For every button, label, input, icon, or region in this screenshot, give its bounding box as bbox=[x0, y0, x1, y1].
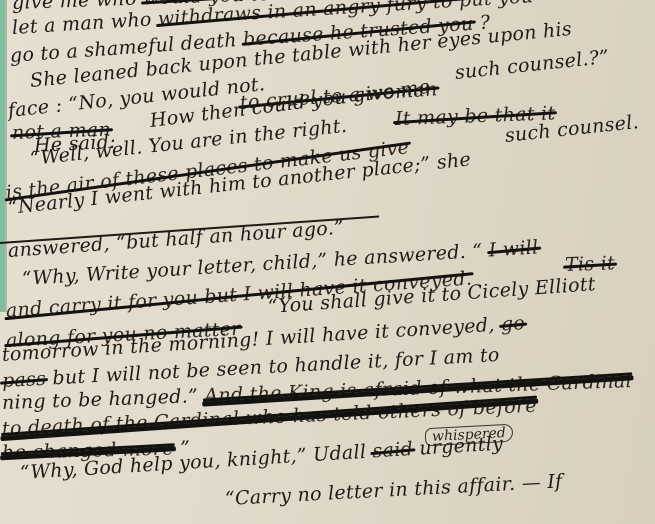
page-edge-shadow bbox=[5, 0, 7, 312]
manuscript-page: give me who would you tell me thus? let … bbox=[0, 0, 655, 524]
line-text-after: such counsel.?” bbox=[454, 46, 610, 84]
struck-text: pass bbox=[1, 368, 46, 392]
line-text: “Carry no letter in this affair. — If bbox=[224, 470, 563, 510]
struck-text: said bbox=[372, 438, 414, 462]
struck-text: I will bbox=[488, 236, 539, 261]
line-text-after: urgently bbox=[419, 432, 504, 459]
manuscript-line-5-after: such counsel.?” bbox=[454, 46, 610, 84]
manuscript-line-21: “Carry no letter in this affair. — If bbox=[224, 470, 563, 510]
struck-text: go bbox=[500, 312, 526, 335]
